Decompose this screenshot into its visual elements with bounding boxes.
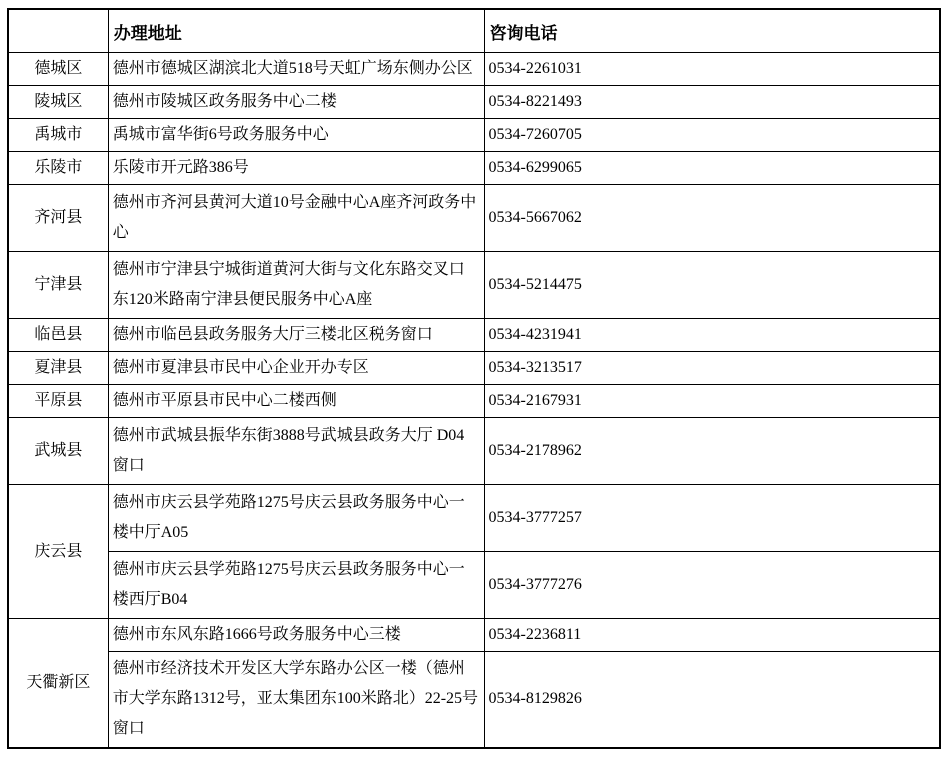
table-row: 齐河县 德州市齐河县黄河大道10号金融中心A座齐河政务中心 0534-56670… [8,185,940,252]
phone-cell: 0534-8221493 [484,86,940,119]
district-cell: 庆云县 [8,485,108,619]
phone-cell: 0534-2167931 [484,385,940,418]
corner-cell-empty [8,9,108,53]
address-cell: 德州市宁津县宁城街道黄河大街与文化东路交叉口东120米路南宁津县便民服务中心A座 [108,252,484,319]
district-cell: 德城区 [8,53,108,86]
district-cell: 夏津县 [8,352,108,385]
table-row: 德城区 德州市德城区湖滨北大道518号天虹广场东侧办公区 0534-226103… [8,53,940,86]
district-cell: 天衢新区 [8,619,108,748]
address-cell: 德州市武城县振华东街3888号武城县政务大厅 D04窗口 [108,418,484,485]
table-row: 乐陵市 乐陵市开元路386号 0534-6299065 [8,152,940,185]
phone-cell: 0534-7260705 [484,119,940,152]
district-cell: 宁津县 [8,252,108,319]
address-cell: 德州市庆云县学苑路1275号庆云县政务服务中心一楼西厅B04 [108,552,484,619]
phone-cell: 0534-5667062 [484,185,940,252]
phone-cell: 0534-5214475 [484,252,940,319]
table-row: 临邑县 德州市临邑县政务服务大厅三楼北区税务窗口 0534-4231941 [8,319,940,352]
table-row: 德州市庆云县学苑路1275号庆云县政务服务中心一楼西厅B04 0534-3777… [8,552,940,619]
district-cell: 武城县 [8,418,108,485]
phone-cell: 0534-4231941 [484,319,940,352]
table-row: 陵城区 德州市陵城区政务服务中心二楼 0534-8221493 [8,86,940,119]
column-header-phone: 咨询电话 [484,9,940,53]
address-cell: 德州市平原县市民中心二楼西侧 [108,385,484,418]
table-row: 夏津县 德州市夏津县市民中心企业开办专区 0534-3213517 [8,352,940,385]
table-row: 天衢新区 德州市东风东路1666号政务服务中心三楼 0534-2236811 [8,619,940,652]
district-cell: 临邑县 [8,319,108,352]
table-row: 德州市经济技术开发区大学东路办公区一楼（德州市大学东路1312号，亚太集团东10… [8,652,940,748]
address-cell: 德州市经济技术开发区大学东路办公区一楼（德州市大学东路1312号，亚太集团东10… [108,652,484,748]
phone-cell: 0534-6299065 [484,152,940,185]
address-cell: 德州市庆云县学苑路1275号庆云县政务服务中心一楼中厅A05 [108,485,484,552]
contact-table-container: 办理地址 咨询电话 德城区 德州市德城区湖滨北大道518号天虹广场东侧办公区 0… [0,0,948,757]
table-row: 禹城市 禹城市富华街6号政务服务中心 0534-7260705 [8,119,940,152]
address-cell: 德州市夏津县市民中心企业开办专区 [108,352,484,385]
table-row: 庆云县 德州市庆云县学苑路1275号庆云县政务服务中心一楼中厅A05 0534-… [8,485,940,552]
address-cell: 德州市临邑县政务服务大厅三楼北区税务窗口 [108,319,484,352]
district-cell: 齐河县 [8,185,108,252]
district-cell: 平原县 [8,385,108,418]
phone-cell: 0534-2261031 [484,53,940,86]
header-row: 办理地址 咨询电话 [8,9,940,53]
phone-cell: 0534-2236811 [484,619,940,652]
address-cell: 德州市齐河县黄河大道10号金融中心A座齐河政务中心 [108,185,484,252]
district-cell: 乐陵市 [8,152,108,185]
address-cell: 德州市德城区湖滨北大道518号天虹广场东侧办公区 [108,53,484,86]
table-row: 平原县 德州市平原县市民中心二楼西侧 0534-2167931 [8,385,940,418]
contact-table: 办理地址 咨询电话 德城区 德州市德城区湖滨北大道518号天虹广场东侧办公区 0… [7,8,941,749]
phone-cell: 0534-3777276 [484,552,940,619]
address-cell: 禹城市富华街6号政务服务中心 [108,119,484,152]
phone-cell: 0534-2178962 [484,418,940,485]
table-row: 宁津县 德州市宁津县宁城街道黄河大街与文化东路交叉口东120米路南宁津县便民服务… [8,252,940,319]
phone-cell: 0534-3213517 [484,352,940,385]
address-cell: 乐陵市开元路386号 [108,152,484,185]
district-cell: 禹城市 [8,119,108,152]
phone-cell: 0534-3777257 [484,485,940,552]
district-cell: 陵城区 [8,86,108,119]
column-header-address: 办理地址 [108,9,484,53]
address-cell: 德州市东风东路1666号政务服务中心三楼 [108,619,484,652]
phone-cell: 0534-8129826 [484,652,940,748]
table-row: 武城县 德州市武城县振华东街3888号武城县政务大厅 D04窗口 0534-21… [8,418,940,485]
address-cell: 德州市陵城区政务服务中心二楼 [108,86,484,119]
